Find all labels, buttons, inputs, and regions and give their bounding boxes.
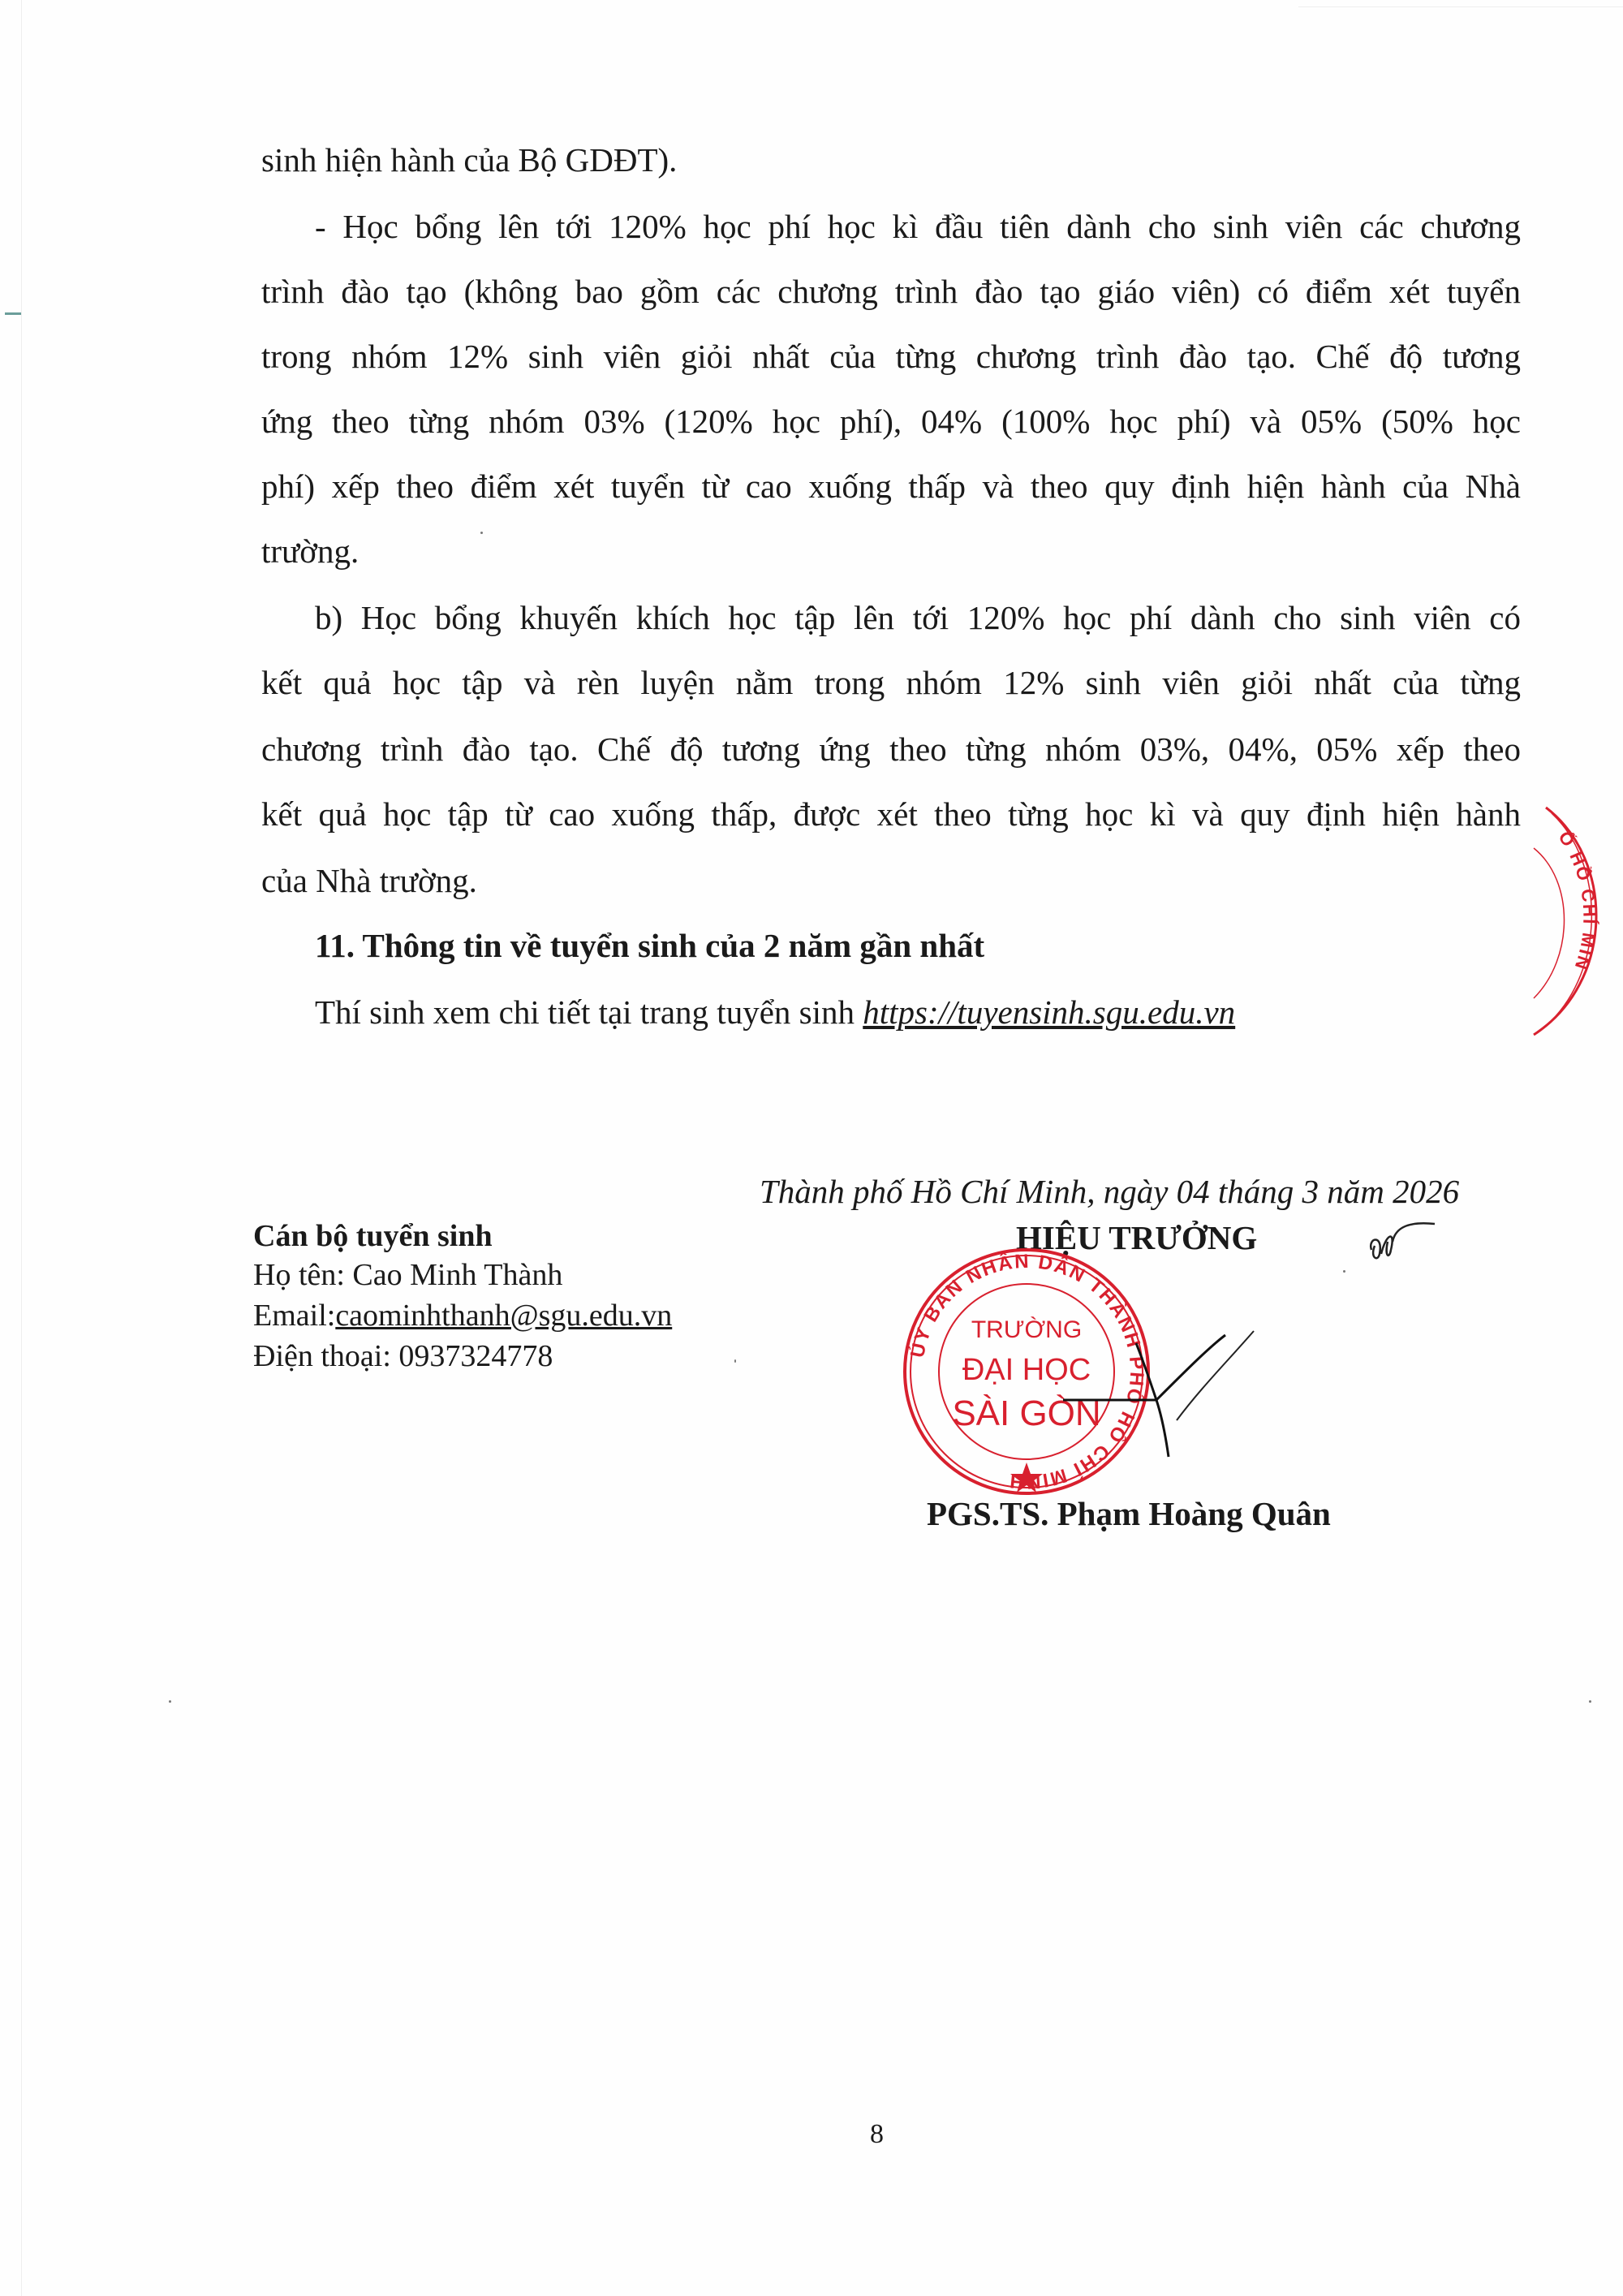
- paragraph-line: trong nhóm 12% sinh viên giỏi nhất của t…: [261, 336, 1521, 377]
- svg-text:Ố HỒ CHÍ MIN: Ố HỒ CHÍ MIN: [1554, 827, 1599, 974]
- scan-edge-line: [21, 0, 22, 2296]
- paragraph-line: kết quả học tập và rèn luyện nằm trong n…: [261, 662, 1521, 703]
- paragraph-line: kết quả học tập từ cao xuống thấp, được …: [261, 794, 1521, 834]
- paragraph-line: b) Học bổng khuyến khích học tập lên tới…: [315, 597, 1521, 638]
- paragraph-line: của Nhà trường.: [261, 860, 1521, 901]
- document-page: sinh hiện hành của Bộ GDĐT). - Học bổng …: [0, 0, 1623, 2296]
- paragraph-line: - Học bổng lên tới 120% học phí học kì đ…: [315, 206, 1521, 247]
- contact-name: Họ tên: Cao Minh Thành: [253, 1255, 756, 1295]
- scan-speck: [734, 1359, 736, 1363]
- date-line: Thành phố Hồ Chí Minh, ngày 04 tháng 3 n…: [760, 1171, 1459, 1212]
- paragraph-line: ứng theo từng nhóm 03% (120% học phí), 0…: [261, 401, 1521, 442]
- section-11-text: Thí sinh xem chi tiết tại trang tuyển si…: [315, 992, 1521, 1032]
- partial-seal-icon: Ố HỒ CHÍ MIN: [1509, 803, 1623, 1039]
- scan-speck: [169, 1700, 171, 1703]
- contact-title: Cán bộ tuyển sinh: [253, 1217, 756, 1255]
- paragraph-line: trình đào tạo (không bao gồm các chương …: [261, 271, 1521, 312]
- contact-email-line: Email:caominhthanh@sgu.edu.vn: [253, 1295, 756, 1336]
- admission-website-link[interactable]: https://tuyensinh.sgu.edu.vn: [863, 993, 1235, 1031]
- scan-speck: [1589, 1700, 1591, 1703]
- section-heading: 11. Thông tin về tuyển sinh của 2 năm gầ…: [315, 925, 984, 966]
- page-number: 8: [870, 2118, 884, 2151]
- paragraph-line: trường.: [261, 531, 1521, 571]
- scan-speck: [1343, 1270, 1345, 1273]
- contact-phone: Điện thoại: 0937324778: [253, 1336, 756, 1376]
- scan-edge-mark: [5, 312, 21, 315]
- contact-email-link[interactable]: caominhthanh@sgu.edu.vn: [335, 1299, 672, 1333]
- contact-email-label: Email:: [253, 1299, 335, 1333]
- contact-block: Cán bộ tuyển sinh Họ tên: Cao Minh Thành…: [253, 1217, 756, 1376]
- scan-speck: [480, 532, 483, 534]
- scan-edge-line-top: [1298, 6, 1623, 7]
- paragraph-line: phí) xếp theo điểm xét tuyển từ cao xuốn…: [261, 466, 1521, 506]
- paragraph-continuation: sinh hiện hành của Bộ GDĐT).: [261, 140, 1521, 180]
- signature-icon: [1055, 1315, 1266, 1477]
- signer-name: PGS.TS. Phạm Hoàng Quân: [927, 1493, 1331, 1534]
- section-11-text-prefix: Thí sinh xem chi tiết tại trang tuyển si…: [315, 993, 863, 1031]
- initial-signature-icon: [1363, 1217, 1436, 1266]
- paragraph-line: chương trình đào tạo. Chế độ tương ứng t…: [261, 729, 1521, 769]
